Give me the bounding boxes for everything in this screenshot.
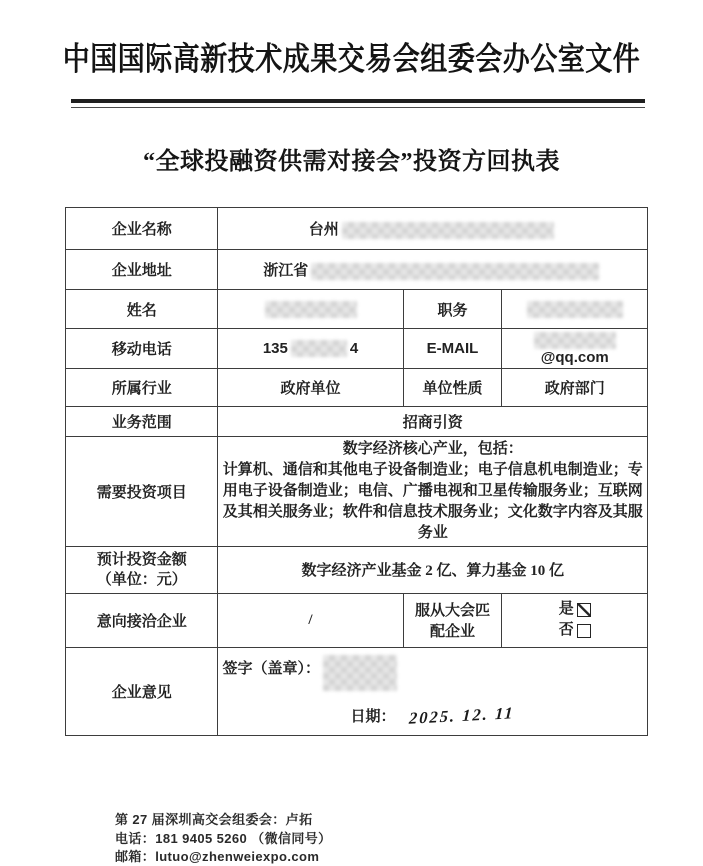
signature-label: 签字（盖章）： (222, 657, 320, 678)
email-value: @qq.com (502, 329, 648, 369)
row-name-position: 姓名 职务 (66, 290, 648, 329)
scanned-document-page: 中国国际高新技术成果交易会组委会办公室文件 “全球投融资供需对接会”投资方回执表… (0, 0, 703, 866)
redacted-blur (291, 340, 347, 357)
business-scope-value: 招商引资 (218, 406, 648, 436)
document-title: 中国国际高新技术成果交易会组委会办公室文件 (0, 33, 703, 79)
mobile-suffix-text: 4 (350, 340, 358, 357)
amount-label: 预计投资金额 （单位：元） (66, 546, 218, 593)
projects-value: 数字经济核心产业，包括： 计算机、通信和其他电子设备制造业；电子信息机电制造业；… (218, 436, 648, 546)
intended-label: 意向接洽企业 (66, 593, 218, 647)
unit-nature-label: 单位性质 (403, 368, 502, 406)
position-label: 职务 (403, 290, 502, 329)
mobile-value: 1354 (218, 329, 403, 369)
row-mobile-email: 移动电话 1354 E-MAIL @qq.com (66, 329, 648, 369)
reply-form-table: 企业名称 台州 企业地址 浙江省 姓名 职务 移动电话 1354 E-MAIL … (65, 207, 648, 736)
opinion-label: 企业意见 (66, 647, 218, 735)
form-subtitle: “全球投融资供需对接会”投资方回执表 (0, 141, 703, 176)
redacted-blur (342, 222, 554, 239)
company-name-text: 台州 (309, 222, 339, 238)
email-label: E-MAIL (403, 329, 502, 369)
row-business-scope: 业务范围 招商引资 (66, 406, 648, 436)
redacted-blur (527, 301, 623, 318)
intended-value: / (218, 593, 403, 647)
name-value (218, 290, 403, 329)
handwritten-date: 2025. 12. 11 (409, 703, 516, 729)
double-rule-divider (71, 99, 645, 108)
redacted-signature-blur (323, 655, 397, 691)
date-label: 日期： (351, 709, 396, 725)
row-company-address: 企业地址 浙江省 (66, 250, 648, 290)
redacted-blur (311, 263, 599, 280)
opinion-value: 签字（盖章）： 日期： 2025. 12. 11 (218, 647, 648, 735)
company-address-text: 浙江省 (263, 263, 308, 279)
unit-nature-value: 政府部门 (502, 368, 648, 406)
projects-line1: 数字经济核心产业，包括： (222, 439, 643, 460)
yes-label: 是 (559, 599, 574, 620)
projects-label: 需要投资项目 (66, 436, 218, 546)
row-industry: 所属行业 政府单位 单位性质 政府部门 (66, 368, 648, 406)
company-name-value: 台州 (218, 208, 648, 250)
company-name-label: 企业名称 (66, 208, 218, 250)
checked-checkbox-icon (577, 603, 591, 617)
date-line: 日期： 2025. 12. 11 (222, 705, 643, 726)
position-value (502, 290, 648, 329)
mobile-prefix-text: 135 (263, 340, 288, 357)
footer-phone-line: 电话：181 9405 5260 （微信同号） (115, 830, 332, 849)
redacted-blur (534, 332, 616, 349)
footer-organizer-line: 第 27 届深圳高交会组委会：卢拓 (115, 811, 332, 830)
footer-contact-block: 第 27 届深圳高交会组委会：卢拓 电话：181 9405 5260 （微信同号… (115, 811, 332, 866)
email-suffix-text: @qq.com (541, 349, 609, 366)
industry-value: 政府单位 (218, 368, 403, 406)
match-no-option: 否 (506, 620, 643, 641)
name-label: 姓名 (66, 290, 218, 329)
amount-label-line1: 预计投资金额 (97, 552, 187, 568)
amount-value: 数字经济产业基金 2 亿、算力基金 10 亿 (218, 546, 648, 593)
row-intended-companies: 意向接洽企业 / 服从大会匹配企业 是 否 (66, 593, 648, 647)
redacted-blur (265, 301, 357, 318)
projects-line2: 计算机、通信和其他电子设备制造业；电子信息机电制造业；专用电子设备制造业；电信、… (222, 460, 643, 544)
mobile-label: 移动电话 (66, 329, 218, 369)
unchecked-checkbox-icon (577, 624, 591, 638)
amount-label-line2: （单位：元） (97, 572, 187, 588)
no-label: 否 (559, 620, 574, 641)
footer-email-line: 邮箱：lutuo@zhenweiexpo.com (115, 848, 332, 866)
company-address-label: 企业地址 (66, 250, 218, 290)
company-address-value: 浙江省 (218, 250, 648, 290)
business-scope-label: 业务范围 (66, 406, 218, 436)
row-company-opinion: 企业意见 签字（盖章）： 日期： 2025. 12. 11 (66, 647, 648, 735)
match-choice: 是 否 (502, 593, 648, 647)
industry-label: 所属行业 (66, 368, 218, 406)
row-investment-projects: 需要投资项目 数字经济核心产业，包括： 计算机、通信和其他电子设备制造业；电子信… (66, 436, 648, 546)
match-yes-option: 是 (506, 599, 643, 620)
row-company-name: 企业名称 台州 (66, 208, 648, 250)
row-investment-amount: 预计投资金额 （单位：元） 数字经济产业基金 2 亿、算力基金 10 亿 (66, 546, 648, 593)
match-label: 服从大会匹配企业 (403, 593, 502, 647)
signature-line: 签字（盖章）： (222, 657, 643, 691)
